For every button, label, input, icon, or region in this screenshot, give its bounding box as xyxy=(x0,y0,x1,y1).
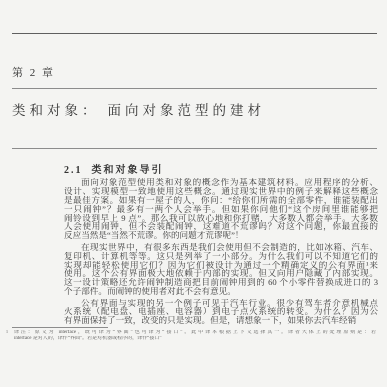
chapter-label: 第 2 章 xyxy=(12,64,55,80)
body-line: 在现实世界中，有很多东西是我们会使用但不会制造的，比如冰箱、汽车、 xyxy=(64,243,378,252)
top-rule xyxy=(12,33,377,34)
footnote-lines: 译注：原文为 interface，既可译为“界面”也可译为“接口”。此中译本根据… xyxy=(14,330,376,342)
footnote-rule xyxy=(12,327,108,328)
body-line: 有界面保持了一致，改变的只是实现。但是，请想象一下，如果你去汽车经销 xyxy=(64,316,378,325)
paragraph: 在现实世界中，有很多东西是我们会使用但不会制造的，比如冰箱、汽车、复印机、计算机… xyxy=(64,243,378,296)
paragraph: 面向对象范型使用类和对象的概念作为基本建筑材料。应用程序的分析、设计、实现模型一… xyxy=(64,178,378,240)
footnote-line: interface 是对人的，译作“界面”。若是对机器或程序的，译作“接口” xyxy=(14,336,376,342)
chapter-rule xyxy=(12,88,377,89)
body-line: 闹铃设到早上 9 点”。那么我可以放心地和你打赌，大多数人都会举手。大多数 xyxy=(64,214,378,223)
body-line: 这一设计策略还允许闹钟制造商把目前闹钟用到的 60 个小零件替换成进口的 3 xyxy=(64,278,378,287)
body-line: 面向对象范型使用类和对象的概念作为基本建筑材料。应用程序的分析、 xyxy=(64,178,378,187)
body-line: 是最佳方案。如果有一屋子的人，你问：“给你们所需的全部零件，谁能装配出 xyxy=(64,196,378,205)
chapter-title: 类和对象：面向对象范型的建材 xyxy=(12,99,265,119)
book-page: 第 2 章 类和对象：面向对象范型的建材 2.1类和对象导引 面向对象范型使用类… xyxy=(0,0,387,387)
title-rule xyxy=(12,148,377,149)
chapter-title-rest: 面向对象范型的建材 xyxy=(108,103,266,118)
chapter-title-prefix: 类和对象： xyxy=(12,103,100,118)
body-line: 个子部件。而闹钟的使用者对此不会有意见。 xyxy=(64,287,378,296)
body-line: 人会使用闹钟，但不会装配闹钟，这难道不荒谬吗？对这个问题，你最直接的 xyxy=(64,222,378,231)
section-heading: 2.1类和对象导引 xyxy=(64,161,164,176)
body-line: 一只闹钟”？最多有一两个人会举手。但如果你问他们“这个房间里谁能够把 xyxy=(64,205,378,214)
footnote-marker: 1 xyxy=(6,329,8,334)
body-line: 使用。这个公有界面极大地依赖于内部的实现。但又向用户隐藏了内部实现。 xyxy=(64,269,378,278)
section-number: 2.1 xyxy=(64,165,83,176)
section-title: 类和对象导引 xyxy=(92,165,164,176)
body-line: 实现却能轻松使用它们？因为它们被设计为通过一个精确定义的公有界面¹来 xyxy=(64,261,378,270)
body-line: 火系统（配电盘、电插座、电容器）到电子点火系统的转变。为什么？因为公 xyxy=(64,307,378,316)
paragraph: 公有界面与实现的另一个例子可见于汽车行业。很少有驾车者介意机械点火系统（配电盘、… xyxy=(64,299,378,326)
body-line: 复印机、计算机等等。这只是列举了一小部分。为什么我们可以不知道它们的 xyxy=(64,252,378,261)
body-line: 设计、实现模型一致地使用这些概念。通过现实世界中的例子来解释这些概念 xyxy=(64,187,378,196)
body-line: 公有界面与实现的另一个例子可见于汽车行业。很少有驾车者介意机械点 xyxy=(64,299,378,308)
body-text: 面向对象范型使用类和对象的概念作为基本建筑材料。应用程序的分析、设计、实现模型一… xyxy=(64,178,378,325)
body-line: 反应当然是“当然不荒谬。你的问题才荒谬呢”！ xyxy=(64,231,378,240)
